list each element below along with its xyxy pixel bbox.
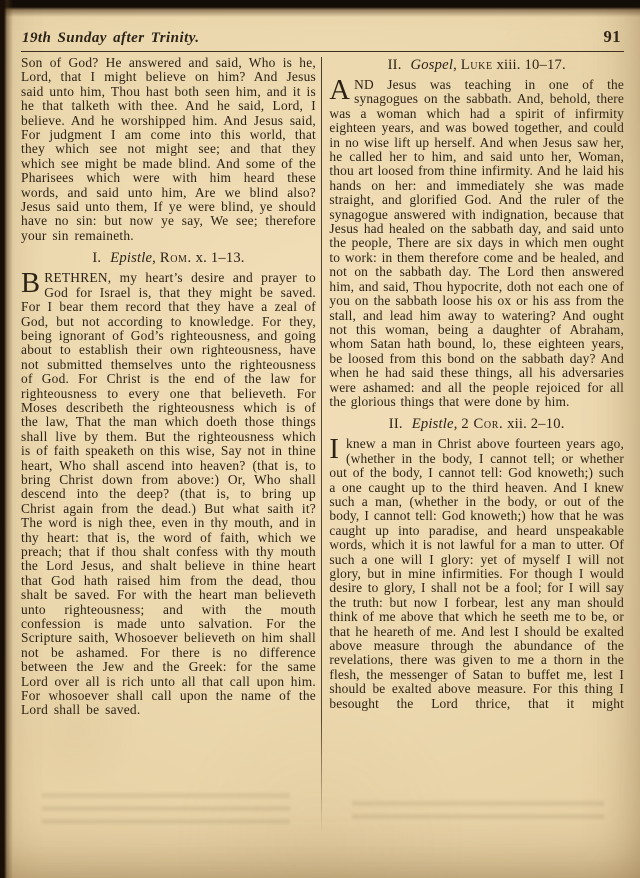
header-rule [21, 51, 624, 52]
heading-label: Epistle [110, 250, 152, 266]
heading-numeral: II. [388, 57, 402, 73]
drop-cap-initial: B [21, 271, 44, 296]
drop-cap-initial: A [329, 78, 354, 103]
epistle-paragraph-romans: BRETHREN, my heart’s desire and prayer t… [21, 271, 316, 718]
heading-book-name: Luke [461, 57, 493, 73]
heading-label: Epistle [412, 416, 454, 432]
epistle-body-text: knew a man in Christ above fourteen year… [329, 436, 624, 710]
heading-separator: , [453, 57, 461, 73]
heading-label: Gospel [411, 57, 454, 73]
heading-separator: , [152, 250, 160, 266]
page-number: 91 [604, 27, 622, 47]
right-column: II.Gospel, Luke xiii. 10–17. AND Jesus w… [329, 56, 624, 711]
printed-page: 19th Sunday after Trinity. 91 Son of God… [0, 0, 640, 878]
heading-book-name: Rom. [160, 250, 192, 266]
scan-edge-top [0, 0, 640, 17]
gospel-body-text: ND Jesus was teaching in one of the syna… [329, 77, 624, 409]
running-head: 19th Sunday after Trinity. 91 [21, 27, 624, 47]
book-page-scan: 19th Sunday after Trinity. 91 Son of God… [0, 0, 640, 878]
epistle-heading-corinthians: II.Epistle, 2 Cor. xii. 2–10. [329, 416, 624, 433]
epistle-heading-romans: I.Epistle, Rom. x. 1–13. [21, 250, 316, 267]
heading-book-name: 2 Cor. [461, 416, 503, 432]
left-column: Son of God? He answered and said, Who is… [21, 56, 316, 718]
scan-edge-left [0, 0, 13, 878]
column-divider-rule [321, 57, 322, 833]
running-title: 19th Sunday after Trinity. [22, 30, 199, 47]
heading-verse-reference: xii. 2–10. [503, 416, 564, 432]
heading-verse-reference: xiii. 10–17. [493, 57, 566, 73]
gospel-continuation-paragraph: Son of God? He answered and said, Who is… [21, 56, 316, 243]
two-column-text-block: Son of God? He answered and said, Who is… [21, 56, 624, 833]
epistle-body-text: RETHREN, my heart’s desire and prayer to… [21, 270, 316, 717]
heading-numeral: II. [389, 416, 403, 432]
gospel-heading-luke: II.Gospel, Luke xiii. 10–17. [329, 57, 624, 74]
heading-numeral: I. [92, 250, 101, 266]
epistle-paragraph-corinthians: Iknew a man in Christ above fourteen yea… [329, 437, 624, 711]
gospel-paragraph-luke: AND Jesus was teaching in one of the syn… [329, 78, 624, 409]
drop-cap-initial: I [329, 437, 346, 462]
heading-verse-reference: x. 1–13. [192, 250, 245, 266]
